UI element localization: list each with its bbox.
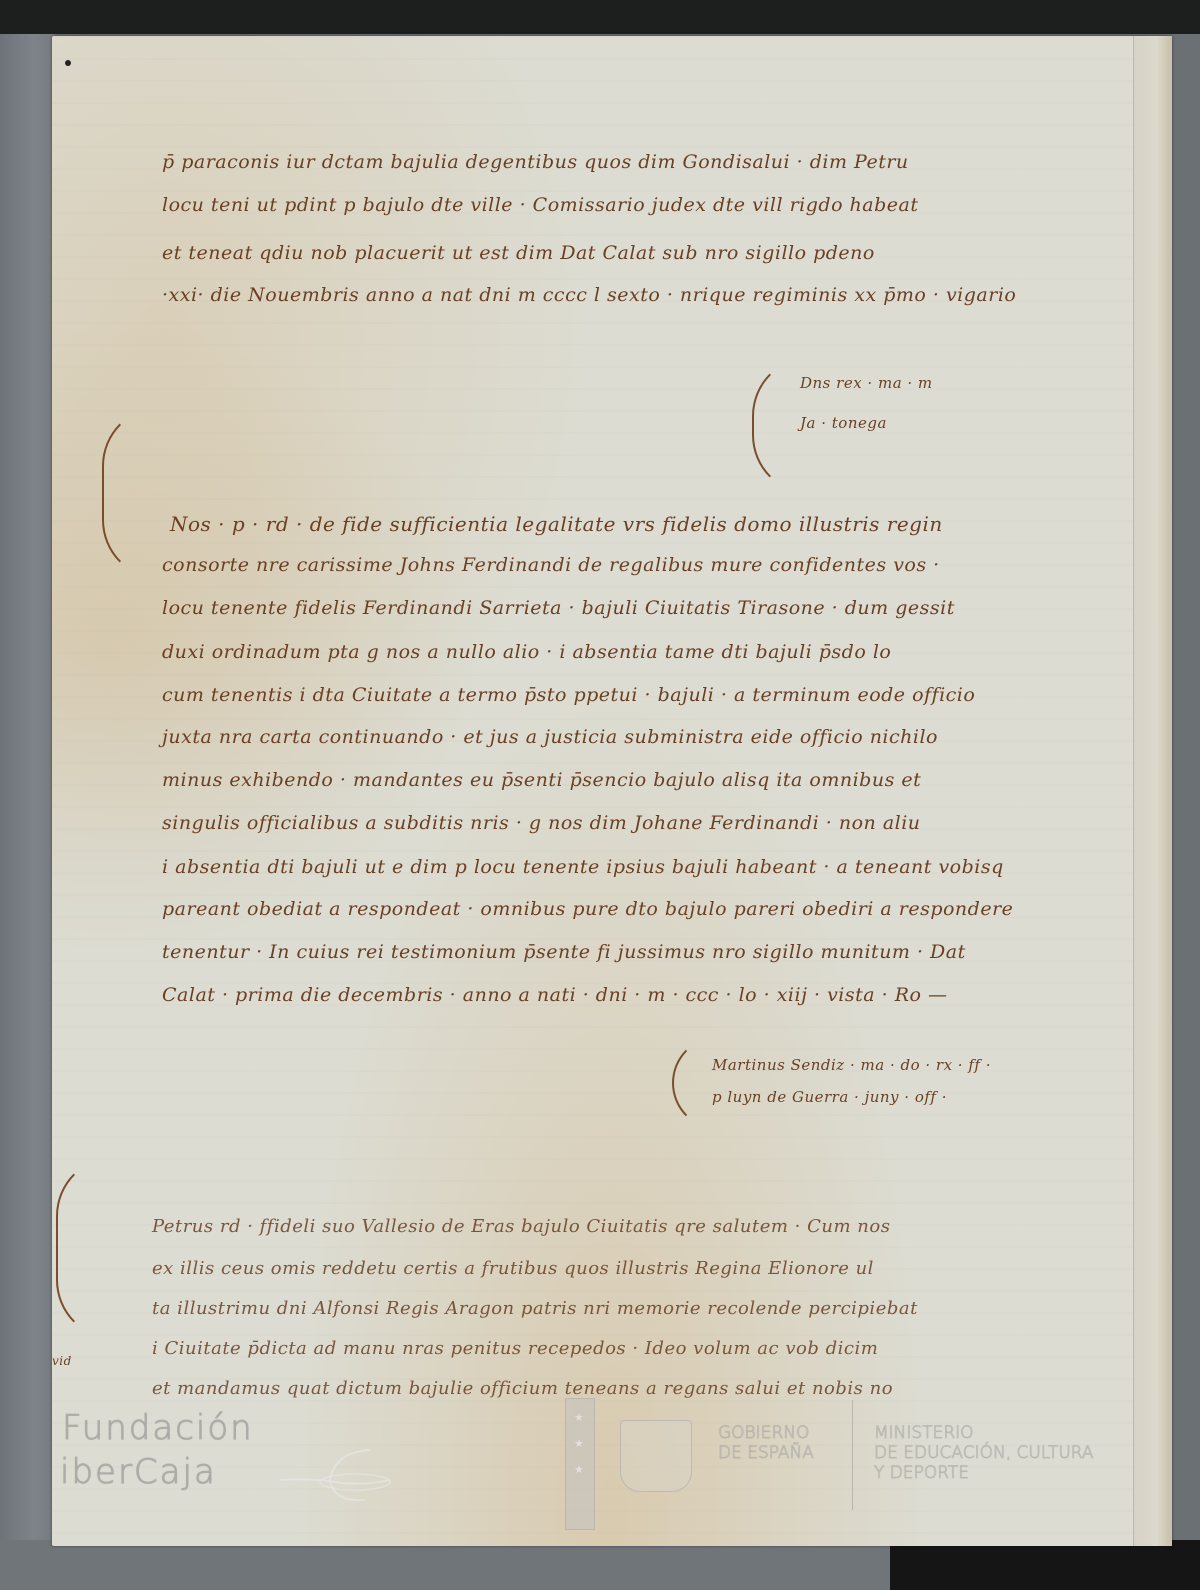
scribe-note-line: p luyn de Guerra · juny · off · — [712, 1088, 947, 1106]
manuscript-line: ·xxi· die Nouembris anno a nat dni m ccc… — [162, 284, 1016, 306]
manuscript-line: Petrus rd · ffideli suo Vallesio de Eras… — [152, 1216, 890, 1237]
coat-of-arms-icon — [620, 1420, 692, 1492]
page-fold-edge — [1133, 36, 1172, 1546]
watermark-ibercaja-text: iberCaja — [60, 1452, 217, 1492]
manuscript-line: p̄ paraconis iur dctam bajulia degentibu… — [162, 151, 909, 173]
manuscript-line: ta illustrimu dni Alfonsi Regis Aragon p… — [152, 1298, 918, 1319]
manuscript-line: duxi ordinadum pta g nos a nullo alio · … — [162, 641, 891, 663]
scan-backdrop-bottom-right — [890, 1540, 1200, 1590]
manuscript-line: juxta nra carta continuando · et jus a j… — [162, 726, 938, 748]
manuscript-line: i Ciuitate p̄dicta ad manu nras penitus … — [152, 1338, 878, 1359]
flag-strip: ★ ★ ★ — [565, 1398, 595, 1530]
scribe-note-bracket — [672, 1036, 1064, 1130]
watermark-ministerio-line3: Y DEPORTE — [874, 1464, 969, 1483]
manuscript-line: et teneat qdiu nob placuerit ut est dim … — [162, 242, 875, 264]
watermark-divider — [852, 1400, 853, 1510]
manuscript-line: consorte nre carissime Johns Ferdinandi … — [162, 554, 940, 576]
star-icon: ★ — [574, 1463, 584, 1476]
manuscript-line: Calat · prima die decembris · anno a nat… — [162, 984, 948, 1006]
manuscript-line: et mandamus quat dictum bajulie officium… — [152, 1378, 893, 1399]
watermark-gobierno-line1: GOBIERNO — [718, 1424, 809, 1443]
manuscript-line: pareant obediat a respondeat · omnibus p… — [162, 898, 1013, 920]
manuscript-line: tenentur · In cuius rei testimonium p̄se… — [162, 941, 966, 963]
ibercaja-logo-icon — [275, 1440, 395, 1510]
manuscript-line: minus exhibendo · mandantes eu p̄senti p… — [162, 769, 921, 791]
watermark-gobierno-line2: DE ESPAÑA — [718, 1444, 814, 1463]
scan-backdrop-left — [0, 34, 55, 1590]
manuscript-line: locu tenente fidelis Ferdinandi Sarrieta… — [162, 597, 955, 619]
manuscript-page: p̄ paraconis iur dctam bajulia degentibu… — [52, 36, 1172, 1546]
manuscript-line: ex illis ceus omis reddetu certis a frut… — [152, 1258, 874, 1279]
manuscript-line: cum tenentis i dta Ciuitate a termo p̄st… — [162, 684, 975, 706]
watermark-ministerio-line1: MINISTERIO — [874, 1424, 974, 1443]
pinhole — [65, 60, 71, 66]
watermark-fundacion-text: Fundación — [62, 1408, 254, 1448]
initial-flourish — [56, 1156, 148, 1340]
star-icon: ★ — [574, 1437, 584, 1450]
scribe-note-line: Ja · tonega — [800, 414, 887, 432]
manuscript-line: i absentia dti bajuli ut e dim p locu te… — [162, 856, 1004, 878]
manuscript-line: singulis officialibus a subditis nris · … — [162, 812, 921, 834]
scribe-note-line: Martinus Sendiz · ma · do · rx · ff · — [712, 1056, 991, 1074]
manuscript-line: Nos · p · rd · de fide sufficientia lega… — [170, 512, 943, 536]
star-icon: ★ — [574, 1411, 584, 1424]
scribe-note-line: Dns rex · ma · m — [800, 374, 933, 392]
manuscript-line: locu teni ut pdint p bajulo dte ville · … — [162, 194, 918, 216]
margin-note: vid — [52, 1354, 72, 1368]
watermark-ministerio-line2: DE EDUCACIÓN, CULTURA — [874, 1444, 1094, 1463]
scan-backdrop-top — [0, 0, 1200, 34]
